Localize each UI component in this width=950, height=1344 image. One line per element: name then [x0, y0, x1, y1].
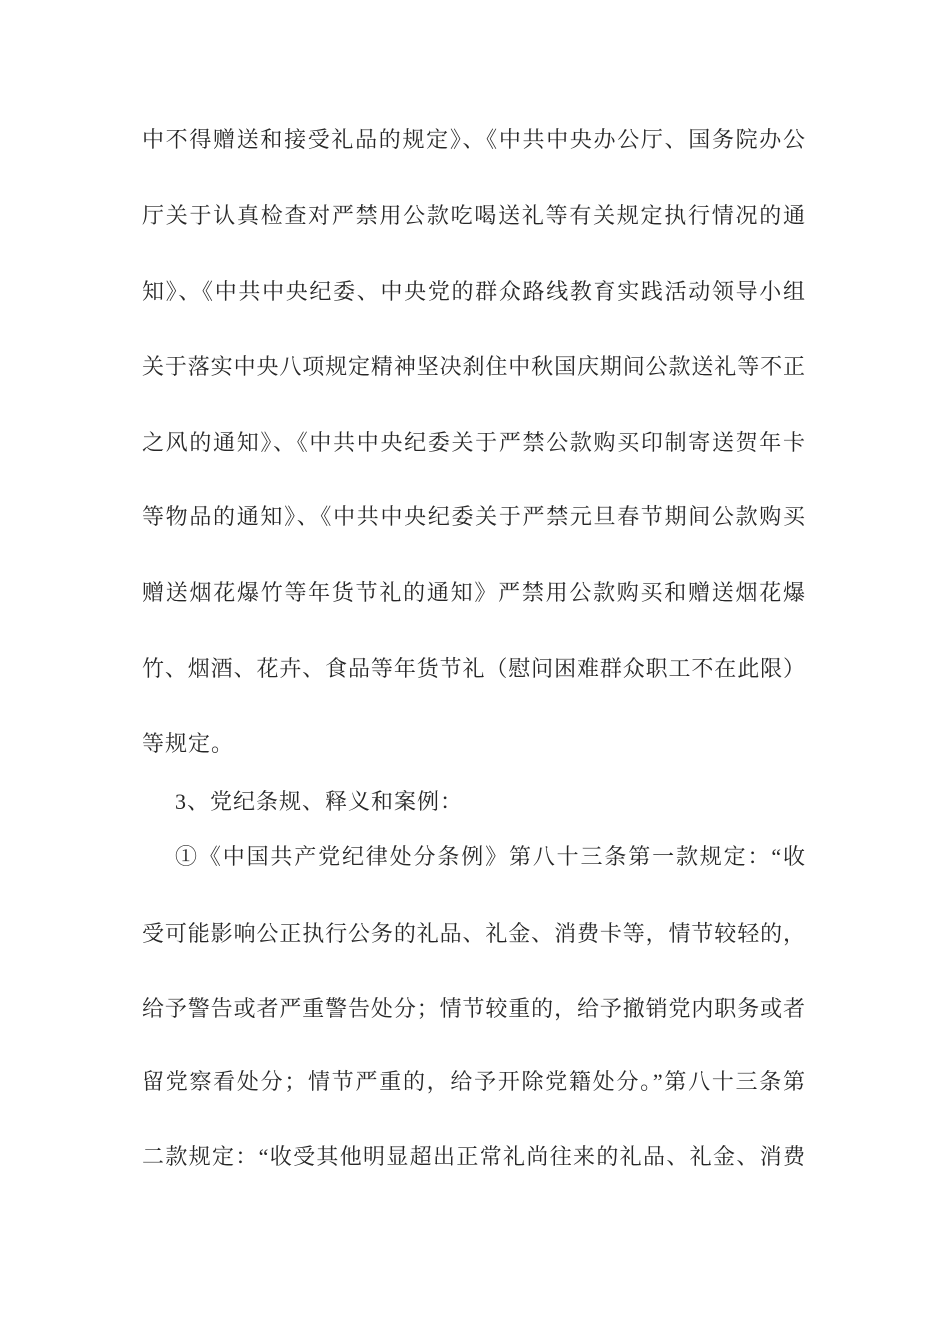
text-line-14: 留党察看处分；情节严重的，给予开除党籍处分。”第八十三条第 — [142, 1069, 805, 1099]
text-line-5: 之风的通知》、《中共中央纪委关于严禁公款购买印制寄送贺年卡 — [142, 430, 805, 460]
text-line-9: 等规定。 — [142, 731, 805, 761]
document-page: 中不得赠送和接受礼品的规定》、《中共中央办公厅、国务院办公 厅关于认真检查对严禁… — [0, 0, 950, 1344]
text-line-10-section-heading: 3、党纪条规、释义和案例： — [142, 789, 805, 819]
text-line-1: 中不得赠送和接受礼品的规定》、《中共中央办公厅、国务院办公 — [142, 127, 805, 157]
text-line-3: 知》、《中共中央纪委、中央党的群众路线教育实践活动领导小组 — [142, 279, 805, 309]
text-line-2: 厅关于认真检查对严禁用公款吃喝送礼等有关规定执行情况的通 — [142, 203, 805, 233]
text-line-15: 二款规定：“收受其他明显超出正常礼尚往来的礼品、礼金、消费 — [142, 1144, 805, 1174]
text-line-7: 赠送烟花爆竹等年货节礼的通知》严禁用公款购买和赠送烟花爆 — [142, 580, 805, 610]
text-line-6: 等物品的通知》、《中共中央纪委关于严禁元旦春节期间公款购买 — [142, 504, 805, 534]
text-line-12: 受可能影响公正执行公务的礼品、礼金、消费卡等，情节较轻的， — [142, 921, 805, 951]
text-line-8: 竹、烟酒、花卉、食品等年货节礼（慰问困难群众职工不在此限） — [142, 656, 805, 686]
text-line-11: ①《中国共产党纪律处分条例》第八十三条第一款规定：“收 — [142, 844, 805, 874]
text-line-4: 关于落实中央八项规定精神坚决刹住中秋国庆期间公款送礼等不正 — [142, 354, 805, 384]
text-line-13: 给予警告或者严重警告处分；情节较重的，给予撤销党内职务或者 — [142, 996, 805, 1026]
